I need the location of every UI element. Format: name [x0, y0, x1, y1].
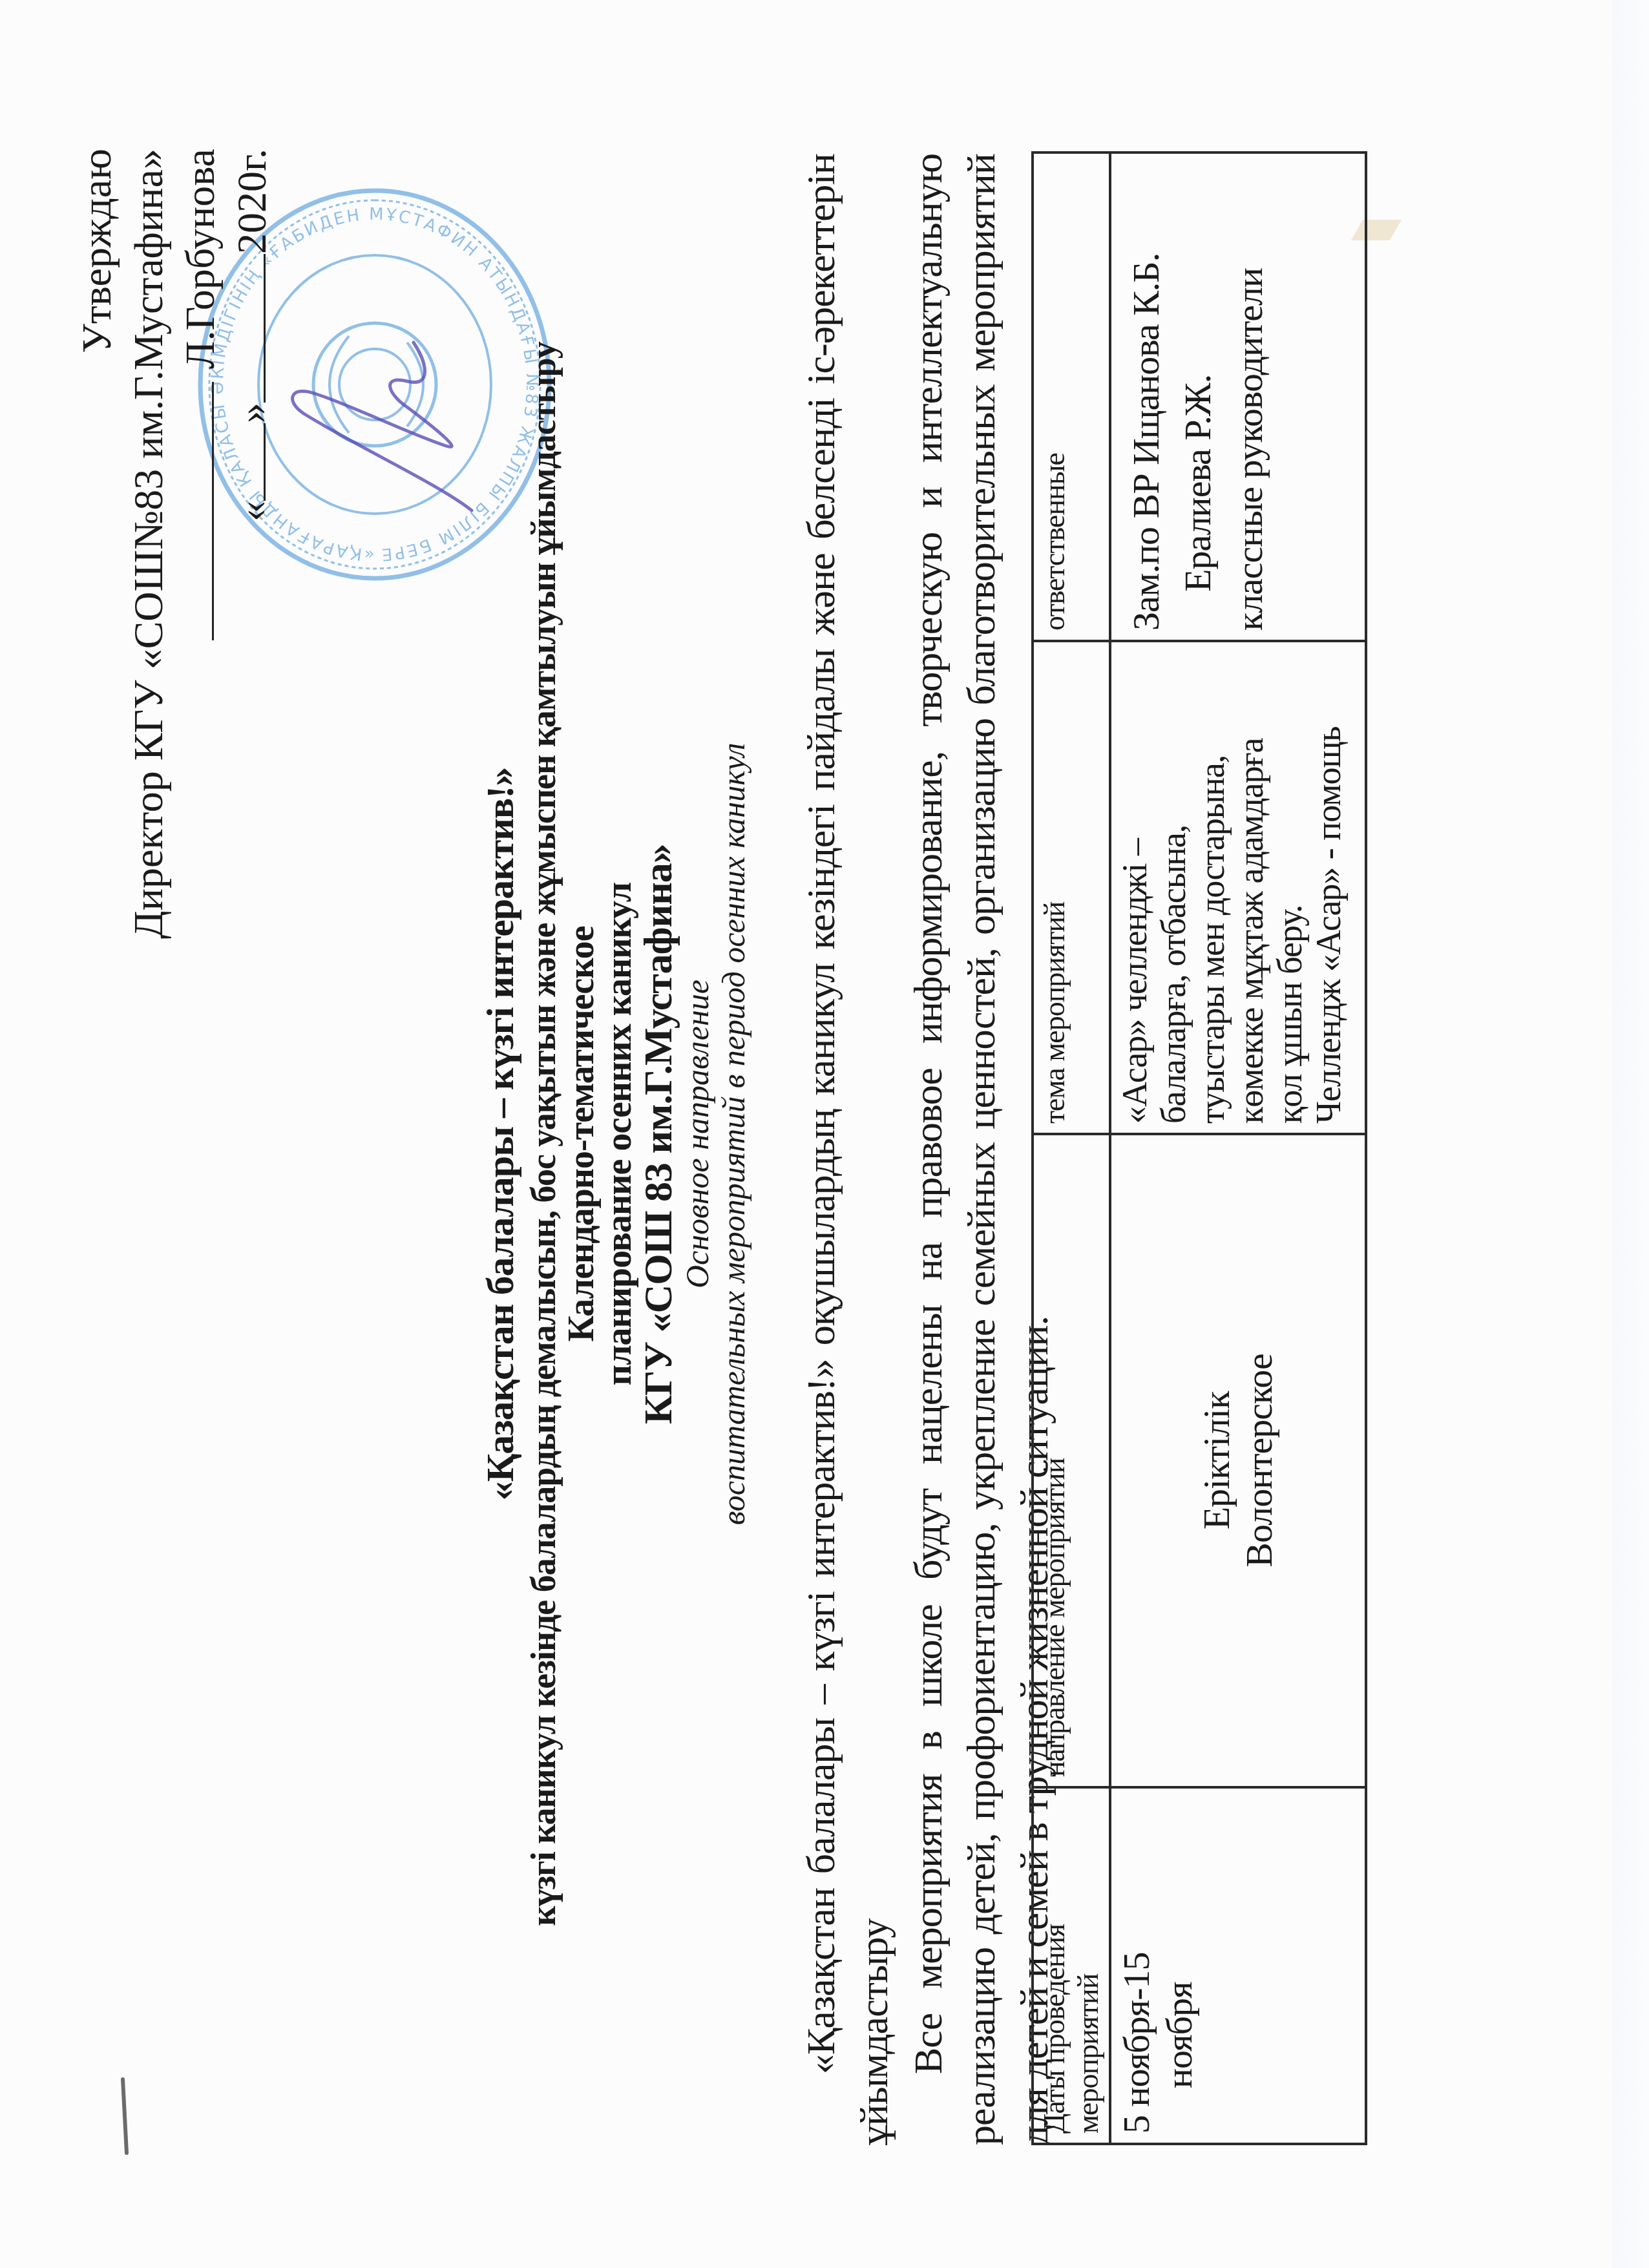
signature-line: [180, 382, 214, 640]
document-page: «ҚАРАҒАНДЫ ҚАЛАСЫ ӘКІМДІГІНІҢ «ҒАБИДЕН М…: [0, 0, 1649, 2268]
day-line: [231, 423, 266, 501]
header-direction: направление мероприятий: [1033, 1134, 1110, 1787]
table-row: 5 ноября-15 ноября Еріктілік Волонтерско…: [1110, 152, 1366, 2144]
title-line-2: күзгі каникул кезінде балалардың демалыс…: [523, 0, 563, 2268]
approval-position-text: Директор КГУ «СОШ№83 им.Г.Мустафина»: [125, 149, 171, 939]
approval-signatory: Л.Горбунова: [177, 149, 223, 369]
header-responsible: ответственные: [1033, 152, 1110, 641]
cell-responsible-line: классные руководители: [1224, 163, 1276, 631]
approval-label: Утверждаю: [71, 149, 123, 353]
cell-dates-line: 5 ноября-15: [1115, 1798, 1158, 2134]
scanned-page: «ҚАРАҒАНДЫ ҚАЛАСЫ ӘКІМДІГІНІҢ «ҒАБИДЕН М…: [0, 0, 1649, 2268]
header-dates: Даты проведения мероприятий: [1033, 1787, 1110, 2144]
cell-topic-line: туыстары мен достарына,: [1193, 651, 1232, 1124]
cell-dates: 5 ноября-15 ноября: [1110, 1787, 1366, 2144]
events-table: Даты проведения мероприятий направление …: [1031, 151, 1367, 2145]
title-line-1: «Қазақстан балалары – күзгі интерактив!»: [478, 0, 523, 2268]
title-line-6: Основное направление: [678, 0, 716, 2268]
cell-responsible-line: Зам.по ВР Ищанова К.Б.: [1120, 163, 1172, 631]
approval-date-row: «»2020г.: [226, 149, 278, 521]
title-line-3: Календарно-тематическое: [561, 0, 602, 2268]
cell-dates-line: ноября: [1158, 1798, 1201, 2134]
approval-year: 2020г.: [229, 149, 275, 254]
cell-direction-line: Еріктілік: [1195, 1144, 1238, 1777]
cell-direction-line: Волонтерское: [1238, 1144, 1281, 1777]
signature-icon: [278, 330, 485, 523]
approval-signatory-row: Л.Горбунова: [174, 149, 226, 640]
date-quote-open: «: [229, 501, 275, 521]
cell-topic-line: көмекке мұқтаж адамдарға: [1232, 651, 1270, 1124]
cell-direction: Еріктілік Волонтерское: [1110, 1134, 1366, 1787]
cell-topic-line: балаларға, отбасына,: [1154, 651, 1193, 1124]
cell-topic-line: қол ұшын беру.: [1270, 651, 1309, 1124]
title-line-4: планирование осенних каникул: [598, 0, 640, 2268]
body-paragraph-1: «Қазақстан балалары – күзгі интерактив!»…: [795, 154, 901, 2145]
cell-topic-line: «Асар» челленджі –: [1115, 651, 1154, 1124]
title-line-7: воспитательных мероприятий в период осен…: [715, 0, 752, 2268]
table-header-row: Даты проведения мероприятий направление …: [1033, 152, 1110, 2144]
cell-topic-line: Челлендж «Асар» - помощь: [1309, 651, 1348, 1124]
title-line-5: КГУ «СОШ 83 им.Г.Мустафина»: [636, 0, 682, 2268]
cell-responsible-line: Ералиева Р.Ж.: [1172, 163, 1224, 631]
month-line: [231, 254, 266, 403]
header-topic: тема мероприятий: [1033, 641, 1110, 1134]
date-quote-close: »: [229, 403, 275, 423]
cell-responsible: Зам.по ВР Ищанова К.Б. Ералиева Р.Ж. кла…: [1110, 152, 1366, 641]
cell-topic: «Асар» челленджі – балаларға, отбасына, …: [1110, 641, 1366, 1134]
approval-position: Директор КГУ «СОШ№83 им.Г.Мустафина»: [123, 149, 174, 939]
